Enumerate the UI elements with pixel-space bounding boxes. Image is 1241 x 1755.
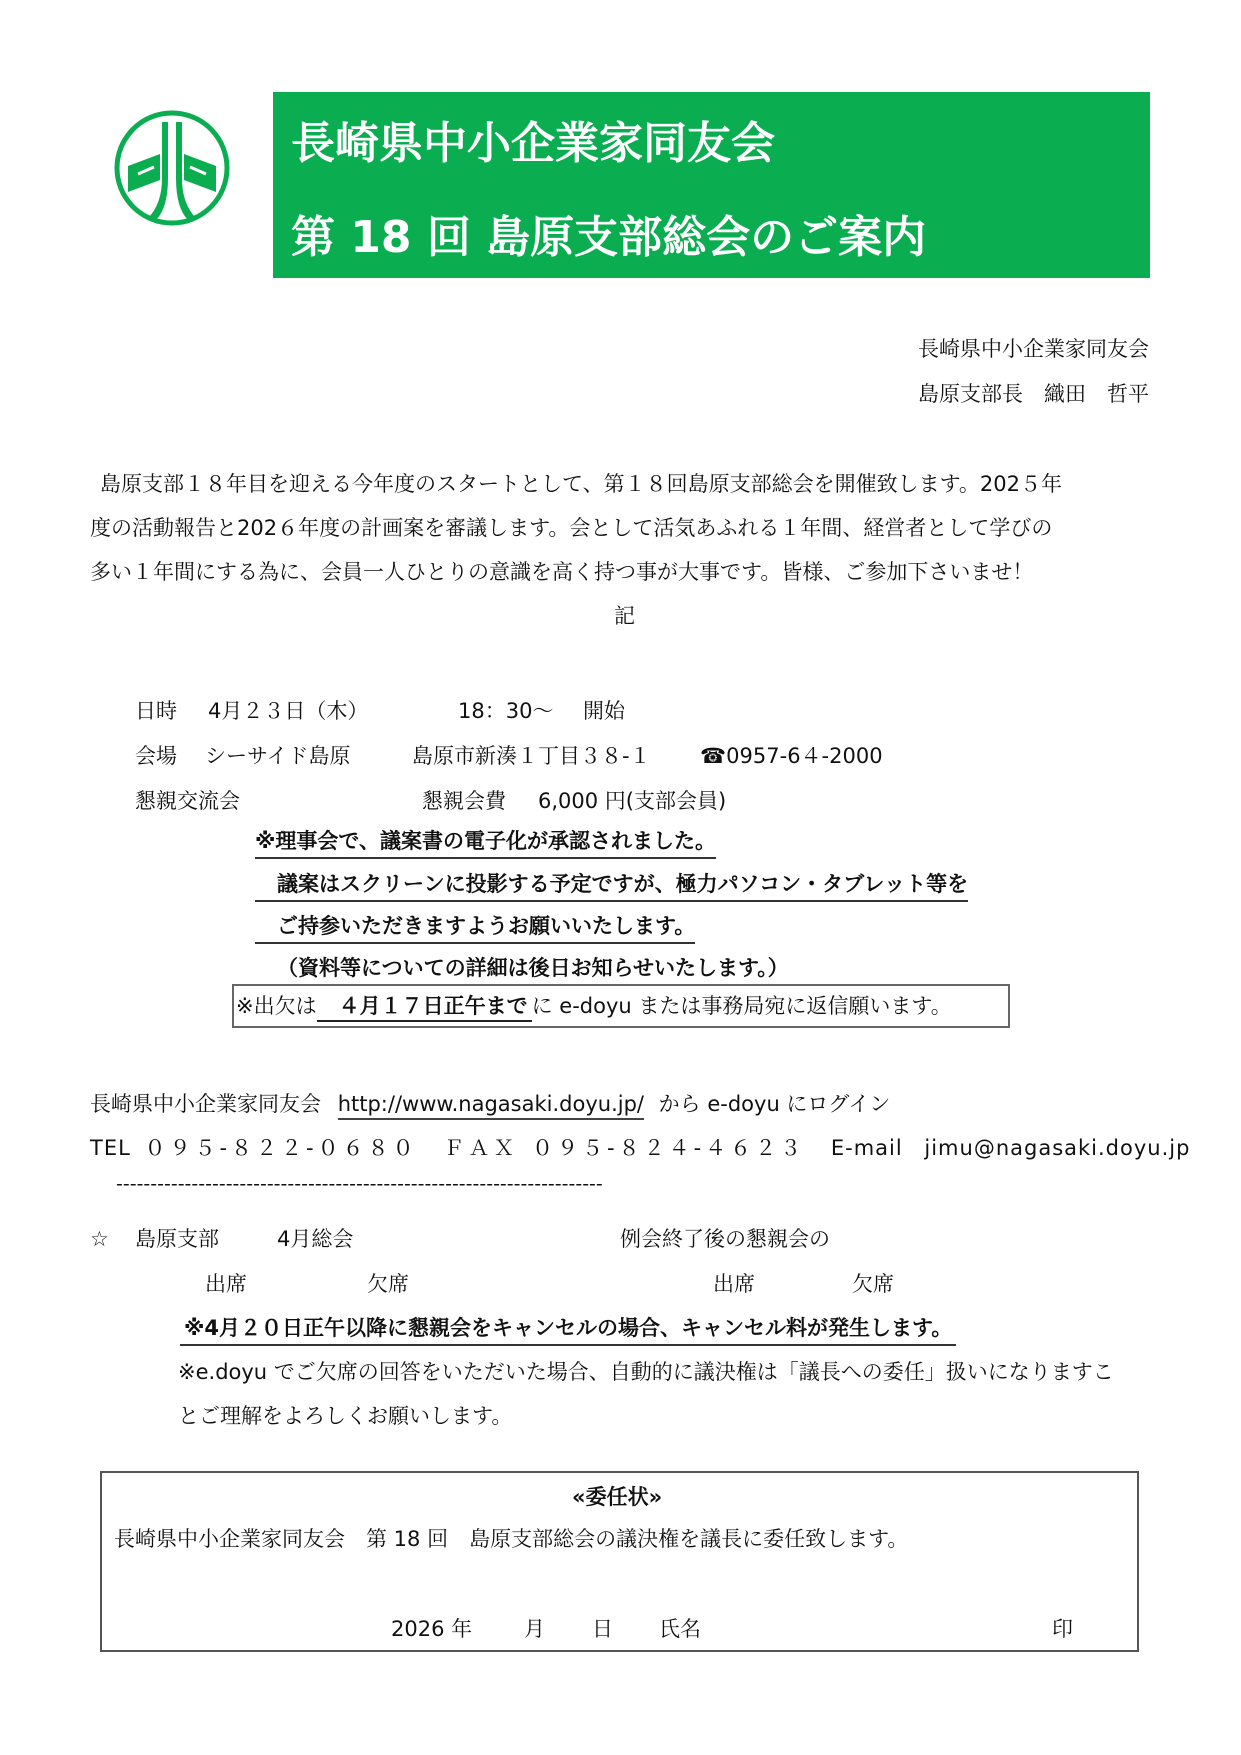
- title-banner: 長崎県中小企業家同友会 第 18 回 島原支部総会のご案内: [273, 92, 1150, 278]
- notice-line-1: ※理事会で、議案書の電子化が承認されました。: [255, 829, 716, 859]
- deadline-box: ※出欠は４月１７日正午までに e-doyu または事務局宛に返信願います。: [232, 984, 1010, 1028]
- reply-party-heading: 例会終了後の懇親会の: [620, 1225, 830, 1253]
- sender-signature: 島原支部長 織田 哲平: [918, 380, 1149, 408]
- star-mark: ☆: [90, 1225, 109, 1253]
- website-link[interactable]: http://www.nagasaki.doyu.jp/: [338, 1092, 644, 1120]
- telephone-icon: ☎: [700, 744, 726, 768]
- proxy-form-box: «委任状» 長崎県中小企業家同友会 第 18 回 島原支部総会の議決権を議長に委…: [100, 1471, 1139, 1652]
- proxy-title: «委任状»: [572, 1483, 662, 1511]
- proxy-year: 2026 年: [391, 1615, 472, 1643]
- contact-line: 長崎県中小企業家同友会 http://www.nagasaki.doyu.jp/…: [90, 1090, 890, 1118]
- event-start: 開始: [583, 697, 625, 725]
- party-label: 懇親交流会: [135, 787, 240, 815]
- proxy-day[interactable]: 日: [592, 1615, 613, 1643]
- login-text: から e-doyu にログイン: [659, 1092, 891, 1116]
- contact-org: 長崎県中小企業家同友会: [90, 1092, 321, 1116]
- tel-number: ０９５-８２２-０６８０: [144, 1136, 417, 1160]
- cancel-notice: ※4月２０日正午以降に懇親会をキャンセルの場合、キャンセル料が発生します。: [180, 1316, 956, 1346]
- proxy-statement: 長崎県中小企業家同友会 第 18 回 島原支部総会の議決権を議長に委任致します。: [114, 1525, 908, 1553]
- proxy-name-label: 氏名: [659, 1615, 701, 1643]
- proxy-note-line-2: とご理解をよろしくお願いします。: [178, 1402, 512, 1430]
- ki-mark: 記: [614, 602, 635, 630]
- deadline-suffix: に e-doyu または事務局宛に返信願います。: [532, 994, 952, 1018]
- event-date: 4月２３日（木）: [208, 697, 368, 725]
- doyukai-emblem-icon: [112, 108, 232, 228]
- org-title: 長崎県中小企業家同友会: [291, 116, 775, 172]
- intro-line-2: 度の活動報告と202６年度の計画案を審議します。会として活気あふれる１年間、経営…: [90, 514, 1052, 542]
- cut-line-separator: ----------------------------------------…: [116, 1170, 603, 1198]
- sender-organization: 長崎県中小企業家同友会: [918, 335, 1149, 363]
- meeting-attend-option[interactable]: 出席: [205, 1270, 247, 1298]
- notice-line-2: 議案はスクリーンに投影する予定ですが、極力パソコン・タブレット等を: [255, 872, 968, 902]
- party-attend-option[interactable]: 出席: [713, 1270, 755, 1298]
- reply-branch: 島原支部: [135, 1225, 219, 1253]
- fax-label: ＦＡＸ: [443, 1136, 518, 1160]
- venue-address: 島原市新湊１丁目３８-１: [412, 742, 651, 770]
- intro-line-3: 多い１年間にする為に、会員一人ひとりの意識を高く持つ事が大事です。皆様、ご参加下…: [90, 558, 1033, 586]
- proxy-note-line-1: ※e.doyu でご欠席の回答をいただいた場合、自動的に議決権は「議長への委任」…: [178, 1358, 1114, 1386]
- notice-line-4: （資料等についての詳細は後日お知らせいたします。）: [255, 956, 789, 986]
- tel-label: TEL: [90, 1136, 131, 1160]
- contact-numbers: TEL ０９５-８２２-０６８０ ＦＡＸ ０９５-８２４-４６２３ E-mail…: [90, 1134, 1190, 1162]
- notice-line-3: ご持参いただきますようお願いいたします。: [255, 914, 695, 944]
- intro-line-1: 島原支部１８年目を迎える今年度のスタートとして、第１８回島原支部総会を開催致しま…: [100, 470, 1062, 498]
- proxy-month[interactable]: 月: [524, 1615, 545, 1643]
- meeting-absent-option[interactable]: 欠席: [367, 1270, 409, 1298]
- venue-name: シーサイド島原: [205, 742, 351, 770]
- email-label: E-mail: [831, 1136, 903, 1160]
- datetime-label: 日時: [135, 697, 177, 725]
- venue-phone: ☎0957-6４-2000: [700, 742, 883, 770]
- seal-mark: 印: [1052, 1615, 1073, 1643]
- proxy-name-field[interactable]: [714, 1609, 1044, 1641]
- email-link[interactable]: jimu@nagasaki.doyu.jp: [924, 1136, 1190, 1160]
- party-absent-option[interactable]: 欠席: [852, 1270, 894, 1298]
- phone-number: 0957-6４-2000: [726, 744, 882, 768]
- deadline-date: ４月１７日正午まで: [317, 994, 532, 1022]
- fee-value: 6,000 円(支部会員): [538, 787, 726, 815]
- venue-label: 会場: [135, 742, 177, 770]
- event-title: 第 18 回 島原支部総会のご案内: [291, 210, 926, 266]
- deadline-prefix: ※出欠は: [236, 994, 317, 1018]
- fax-number: ０９５-８２４-４６２３: [532, 1136, 805, 1160]
- fee-label: 懇親会費: [422, 787, 506, 815]
- event-time: 18：30～: [458, 697, 553, 725]
- reply-meeting: 4月総会: [277, 1225, 353, 1253]
